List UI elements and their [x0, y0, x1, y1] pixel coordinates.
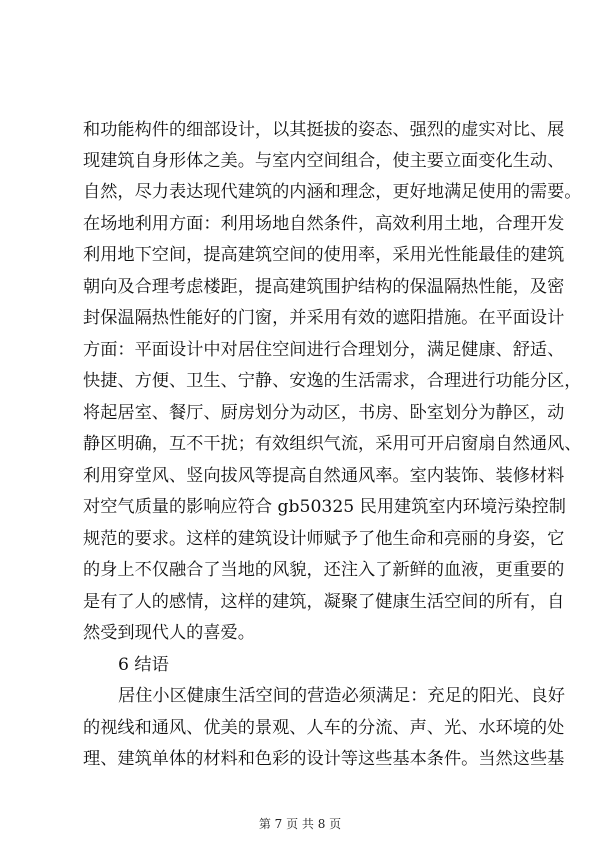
body-line: 然受到现代人的喜爱。 [83, 623, 523, 643]
body-line: 快捷、方便、卫生、宁静、安逸的生活需求，合理进行功能分区， [83, 371, 523, 391]
body-line: 静区明确，互不干扰；有效组织气流，采用可开启窗扇自然通风、 [83, 434, 523, 454]
body-line: 的身上不仅融合了当地的风貌，还注入了新鲜的血液，更重要的 [83, 560, 523, 580]
body-line: 利用穿堂风、竖向拔风等提高自然通风率。室内装饰、装修材料 [83, 466, 523, 486]
body-line: 对空气质量的影响应符合 gb50325 民用建筑室内环境污染控制 [83, 497, 523, 517]
body-line: 方面：平面设计中对居住空间进行合理划分，满足健康、舒适、 [83, 340, 523, 360]
body-line: 是有了人的感情，这样的建筑，凝聚了健康生活空间的所有，自 [83, 592, 523, 612]
section-heading: 6 结语 [118, 655, 523, 675]
conclusion-line: 的视线和通风、优美的景观、人车的分流、声、光、水环境的处 [83, 718, 523, 738]
body-line: 利用地下空间，提高建筑空间的使用率，采用光性能最佳的建筑 [83, 245, 523, 265]
page-number-footer: 第 7 页 共 8 页 [0, 816, 600, 832]
body-line: 现建筑自身形体之美。与室内空间组合，使主要立面变化生动、 [83, 151, 523, 171]
body-line: 封保温隔热性能好的门窗，并采用有效的遮阳措施。在平面设计 [83, 308, 523, 328]
document-page: 和功能构件的细部设计，以其挺拔的姿态、强烈的虚实对比、展 现建筑自身形体之美。与… [0, 0, 600, 848]
body-line: 规范的要求。这样的建筑设计师赋予了他生命和亮丽的身姿，它 [83, 529, 523, 549]
body-line: 在场地利用方面：利用场地自然条件，高效利用土地，合理开发 [83, 214, 523, 234]
body-line: 朝向及合理考虑楼距，提高建筑围护结构的保温隔热性能，及密 [83, 277, 523, 297]
body-line: 将起居室、餐厅、厨房划分为动区，书房、卧室划分为静区，动 [83, 403, 523, 423]
body-line: 自然，尽力表达现代建筑的内涵和理念，更好地满足使用的需要。 [83, 182, 523, 202]
conclusion-line: 居住小区健康生活空间的营造必须满足：充足的阳光、良好 [118, 686, 523, 706]
body-line: 和功能构件的细部设计，以其挺拔的姿态、强烈的虚实对比、展 [83, 120, 523, 140]
conclusion-line: 理、建筑单体的材料和色彩的设计等这些基本条件。当然这些基 [83, 749, 523, 769]
